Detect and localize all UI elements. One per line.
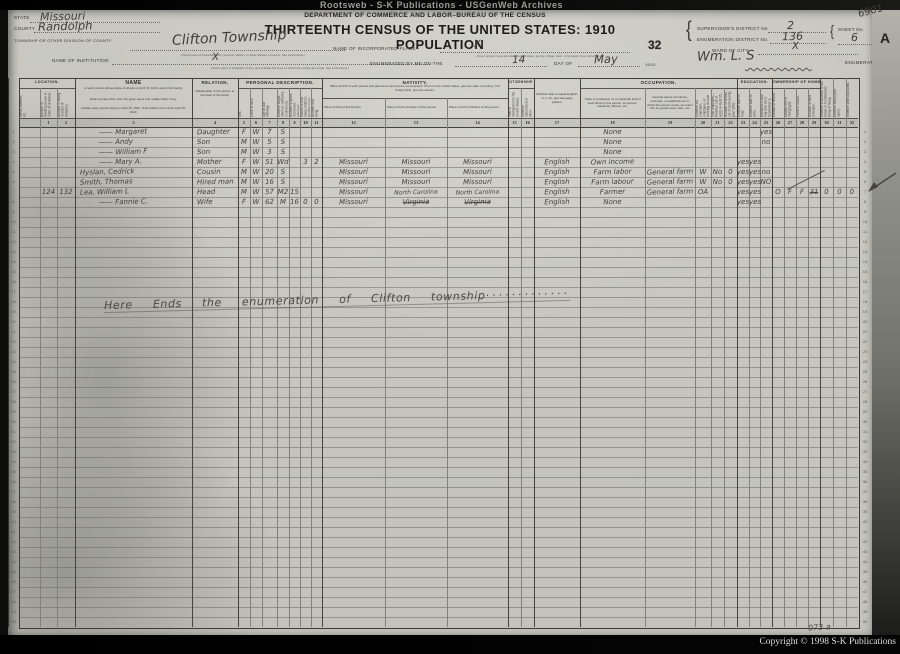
column-number-27: 27 <box>784 120 796 125</box>
row-number-right: 33 <box>858 449 872 454</box>
district-brace: { <box>686 17 692 43</box>
column-line <box>57 88 58 627</box>
cell-color-line8: W <box>250 197 262 206</box>
relation-column-title: RELATION. <box>192 80 238 85</box>
cell-dwelling-line7: 124 <box>40 187 57 196</box>
cell-home_owned-line7: O <box>772 187 784 196</box>
cell-pob-line6: Missouri <box>322 177 385 188</box>
row-number-right: 39 <box>858 509 872 514</box>
supervisor-district-label: SUPERVISOR'S DISTRICT No. <box>697 26 769 31</box>
row-number-left: 14 <box>8 259 19 264</box>
institution-note: (Insert name of institution, if any, and… <box>160 66 400 70</box>
column-number-15: 15 <box>508 120 521 125</box>
row-number-left: 33 <box>8 449 19 454</box>
row-number-left: 50 <box>8 619 19 624</box>
cell-father_pob-line8: Virginia <box>385 197 447 208</box>
cell-trade-line6: Farm labour <box>580 177 645 188</box>
row-number-left: 24 <box>8 359 19 364</box>
column-header-years_married: Number of years of present marriage. <box>290 90 299 117</box>
cell-marital-line4: Wd <box>277 157 289 166</box>
cell-father_pob-line6: Missouri <box>385 177 447 188</box>
township-label: TOWNSHIP OR OTHER DIVISION OF COUNTY <box>14 38 112 43</box>
row-number-right: 28 <box>858 399 872 404</box>
enumerated-day-line <box>455 58 547 67</box>
cell-write-line6: yes <box>749 177 760 186</box>
cell-school-line5: no <box>760 167 772 176</box>
row-number-right: 4 <box>858 159 872 164</box>
column-number-31: 31 <box>833 120 846 125</box>
row-number-left: 40 <box>8 519 19 524</box>
row-number-left: 18 <box>8 299 19 304</box>
column-line <box>40 88 41 627</box>
row-number-right: 37 <box>858 489 872 494</box>
row-number-left: 2 <box>8 139 19 144</box>
cell-employer-line7: OA <box>695 187 711 196</box>
name-column-sub1: of each person whose place of abode on A… <box>79 87 188 91</box>
column-number-28: 28 <box>796 120 808 125</box>
sheet-value: 6 <box>851 31 858 44</box>
column-number-7: 7 <box>262 120 277 125</box>
group-band-line <box>580 88 737 89</box>
cell-color-line2: W <box>250 137 262 146</box>
row-number-left: 17 <box>8 289 19 294</box>
column-header-age: Age at last birthday. <box>263 90 276 117</box>
column-header-sex: Sex. <box>239 90 249 117</box>
group-band-line <box>737 88 772 89</box>
column-header-children_living: Number now living. <box>312 90 321 117</box>
row-number-right: 11 <box>858 229 872 234</box>
row-number-left: 42 <box>8 539 19 544</box>
row-number-left: 26 <box>8 379 19 384</box>
row-number-right: 25 <box>858 369 872 374</box>
row-number-left: 46 <box>8 579 19 584</box>
row-number-left: 28 <box>8 399 19 404</box>
cell-sex-line1: F <box>238 127 250 136</box>
column-number-8: 8 <box>277 120 289 125</box>
row-number-right: 46 <box>858 579 872 584</box>
row-number-left: 7 <box>8 189 19 194</box>
cell-school-line1: yes <box>760 127 772 136</box>
column-header-family: Number of family in order of visitation. <box>58 90 74 117</box>
cell-english-line4: English <box>534 157 580 167</box>
row-number-left: 5 <box>8 169 19 174</box>
row-number-left: 35 <box>8 469 19 474</box>
cell-years_married-line8: 16 <box>289 197 300 206</box>
cell-children_born-line8: 0 <box>300 197 311 206</box>
cell-pob-line5: Missouri <box>322 167 385 178</box>
row-number-left: 48 <box>8 599 19 604</box>
nativity-instruction: Place of birth of each person and parent… <box>325 85 505 93</box>
row-number-left: 44 <box>8 559 19 564</box>
cell-name-line7: Lea, William L <box>80 187 129 197</box>
cell-color-line6: W <box>250 177 262 186</box>
cell-relation-line2: Son <box>197 137 210 146</box>
column-number-24: 24 <box>749 120 760 125</box>
column-header-color: Color or race. <box>251 90 261 117</box>
row-number-right: 17 <box>858 289 872 294</box>
column-group-label: NATIVITY. <box>322 80 508 85</box>
cell-write-line8: yes <box>749 197 760 206</box>
cell-mother_pob-line4: Missouri <box>447 157 508 168</box>
row-number-right: 14 <box>858 259 872 264</box>
column-number-26: 26 <box>772 120 784 125</box>
cell-marital-line1: S <box>277 127 289 136</box>
cell-english-line8: English <box>534 197 580 207</box>
state-label: STATE <box>14 15 30 20</box>
column-header-weeks: Number of weeks out of work during year … <box>725 90 736 117</box>
cell-name-line5: Hyslan, Cedrick <box>80 167 135 177</box>
column-header-english: Whether able to speak English; or, if no… <box>536 82 578 116</box>
column-header-write: Whether able to write. <box>750 90 759 117</box>
row-number-right: 2 <box>858 139 872 144</box>
column-header-immigration: Year of immigration to the United States… <box>509 90 520 117</box>
row-number-left: 47 <box>8 589 19 594</box>
column-line <box>289 88 290 627</box>
cell-relation-line3: Son <box>197 147 210 156</box>
cell-family-line7: 132 <box>57 187 75 196</box>
column-line <box>833 78 834 627</box>
cell-school-line6: NO <box>760 177 772 186</box>
row-number-right: 31 <box>858 429 872 434</box>
row-number-right: 22 <box>858 339 872 344</box>
row-number-left: 13 <box>8 249 19 254</box>
column-number-11: 11 <box>311 120 322 125</box>
row-number-left: 16 <box>8 279 19 284</box>
cell-home_free-line7: F <box>784 187 796 196</box>
row-number-right: 50 <box>858 619 872 624</box>
cell-children_living-line4: 2 <box>311 157 322 166</box>
row-number-left: 19 <box>8 309 19 314</box>
cell-color-line5: W <box>250 167 262 176</box>
cell-home_farm-line7: F <box>796 187 808 196</box>
cell-trade-line2: None <box>580 137 645 148</box>
column-number-9: 9 <box>289 120 300 125</box>
column-number-3: 3 <box>75 120 192 125</box>
column-header-industry: General nature of industry, business, or… <box>647 91 693 116</box>
row-number-left: 15 <box>8 269 19 274</box>
row-number-right: 49 <box>858 609 872 614</box>
cell-color-line7: W <box>250 187 262 196</box>
right-edge-band <box>872 0 900 654</box>
cell-mother_pob-line5: Missouri <box>447 167 508 178</box>
institution-x-mark: X <box>212 52 219 63</box>
cell-trade-line7: Farmer <box>580 187 645 198</box>
column-number-1: 1 <box>40 120 57 125</box>
cell-marital-line2: S <box>277 137 289 146</box>
column-group-label: PERSONAL DESCRIPTION. <box>238 80 322 85</box>
row-number-left: 31 <box>8 429 19 434</box>
row-number-right: 42 <box>858 539 872 544</box>
cell-read-line8: yes <box>737 197 749 206</box>
county-label: COUNTY <box>14 26 35 31</box>
row-number-left: 32 <box>8 439 19 444</box>
column-number-5: 5 <box>238 120 250 125</box>
column-line <box>192 78 193 627</box>
enumeration-end-trail: ············· <box>485 287 570 302</box>
grid-line <box>19 118 858 119</box>
cell-age-line8: 62 <box>262 197 277 206</box>
row-number-right: 43 <box>858 549 872 554</box>
row-number-right: 44 <box>858 559 872 564</box>
cell-mother_pob-line6: Missouri <box>447 177 508 188</box>
cell-sex-line7: M <box>238 187 250 196</box>
column-line <box>300 88 301 627</box>
cell-color-line4: W <box>250 157 262 166</box>
column-number-19: 19 <box>645 120 695 125</box>
row-number-right: 27 <box>858 389 872 394</box>
cell-relation-line8: Wife <box>197 197 213 206</box>
cell-father_pob-line4: Missouri <box>385 157 447 168</box>
row-number-right: 15 <box>858 269 872 274</box>
cell-name-line1: —— Margaret <box>99 127 147 137</box>
column-line <box>808 88 809 627</box>
department-line: DEPARTMENT OF COMMERCE AND LABOR–BUREAU … <box>255 12 595 19</box>
cell-weeks-line5: 0 <box>724 167 737 176</box>
row-number-left: 23 <box>8 349 19 354</box>
row-number-left: 38 <box>8 499 19 504</box>
cell-employer-line5: W <box>695 167 711 176</box>
column-group-label: EDUCATION. <box>737 80 772 84</box>
row-number-left: 30 <box>8 419 19 424</box>
group-band-line <box>322 98 508 99</box>
group-band-line <box>19 88 75 89</box>
cell-sex-line2: M <box>238 137 250 146</box>
column-number-6: 6 <box>250 120 262 125</box>
cell-vet-line7: 0 <box>820 187 833 196</box>
column-line <box>846 78 847 627</box>
cell-pob-line7: Missouri <box>322 187 385 198</box>
pencil-note-bottom-right: 073 a <box>808 622 831 633</box>
column-header-blind: Whether blind (both eyes). <box>834 80 845 117</box>
row-number-right: 40 <box>858 519 872 524</box>
cell-relation-line5: Cousin <box>197 167 221 177</box>
cell-relation-line4: Mother <box>197 157 222 167</box>
name-column-sub2: Enter surname first, then the given name… <box>79 98 188 102</box>
column-header-farm_schedule: Number of farm schedule. <box>809 90 819 117</box>
census-title: THIRTEENTH CENSUS OF THE UNITED STATES: … <box>230 22 650 52</box>
cell-read-line7: yes <box>737 187 749 196</box>
cell-sex-line8: F <box>238 197 250 206</box>
row-number-right: 48 <box>858 599 872 604</box>
row-number-left: 22 <box>8 339 19 344</box>
row-number-right: 9 <box>858 209 872 214</box>
column-header-mother_pob: Place of birth of Mother of this person. <box>449 100 506 116</box>
row-number-left: 1 <box>8 129 19 134</box>
column-number-20: 20 <box>695 120 711 125</box>
enumerated-day-value: 14 <box>512 54 526 66</box>
column-header-home_farm: Farm or house. <box>797 90 807 117</box>
row-number-left: 20 <box>8 319 19 324</box>
row-number-right: 16 <box>858 279 872 284</box>
column-line <box>772 78 773 627</box>
cell-age-line1: 7 <box>262 127 277 136</box>
column-number-32: 32 <box>846 120 858 125</box>
row-number-left: 21 <box>8 329 19 334</box>
column-header-read: Whether able to read. <box>738 90 748 117</box>
cell-trade-line5: Farm labor <box>580 167 645 178</box>
row-number-left: 34 <box>8 459 19 464</box>
cell-industry-line6: General farm <box>645 177 695 187</box>
row-number-right: 24 <box>858 359 872 364</box>
column-header-father_pob: Place of birth of Father of this person. <box>387 100 445 116</box>
column-header-children_born: Mother of how many children: Number born… <box>301 90 310 117</box>
cell-father_pob-line7: North Carolina <box>385 187 447 198</box>
cell-write-line4: yes <box>749 157 760 166</box>
row-number-left: 39 <box>8 509 19 514</box>
cell-trade-line4: Own income <box>580 157 645 168</box>
cell-relation-line7: Head <box>197 187 216 196</box>
cell-trade-line8: None <box>580 197 645 208</box>
column-line <box>75 78 76 627</box>
cell-read-line5: yes <box>737 167 749 176</box>
row-number-right: 3 <box>858 149 872 154</box>
row-number-left: 49 <box>8 609 19 614</box>
column-number-21: 21 <box>711 120 724 125</box>
cell-trade-line3: None <box>580 147 645 158</box>
row-number-right: 20 <box>858 319 872 324</box>
column-number-23: 23 <box>737 120 749 125</box>
cell-pob-line8: Missouri <box>322 197 385 208</box>
column-header-out_of_work: If an employee—Whether out of work on Ap… <box>712 90 723 117</box>
column-header-pob: Place of birth of this Person. <box>324 100 383 116</box>
row-number-right: 21 <box>858 329 872 334</box>
column-header-street: Street, avenue, etc. <box>20 90 39 117</box>
row-number-right: 32 <box>858 439 872 444</box>
cell-read-line4: yes <box>737 157 749 166</box>
cell-years_married-line7: 15 <box>289 187 300 196</box>
column-group-label: OWNERSHIP OF HOME. <box>772 80 820 84</box>
row-number-left: 36 <box>8 479 19 484</box>
pencil-arrow-icon <box>866 170 898 196</box>
column-header-home_free: Owned free or mortgaged. <box>785 90 795 117</box>
row-number-right: 41 <box>858 529 872 534</box>
relation-column-sub: Relationship of this person to the head … <box>195 90 235 98</box>
row-number-left: 11 <box>8 229 19 234</box>
column-line <box>521 88 522 627</box>
column-header-deaf: Whether deaf and dumb. <box>847 80 857 117</box>
cell-mother_pob-line8: Virginia <box>447 197 508 208</box>
incorporated-place-value: X <box>474 39 481 50</box>
row-number-left: 10 <box>8 219 19 224</box>
cell-relation-line6: Hired man <box>197 177 234 187</box>
enumeration-district-label: ENUMERATION DISTRICT No. <box>697 37 769 42</box>
row-number-right: 34 <box>858 459 872 464</box>
enumerated-label: ENUMERATED BY ME ON THE <box>370 61 443 66</box>
column-header-school: Attended school any time since September… <box>761 90 771 117</box>
signature-scribble <box>745 53 843 63</box>
cell-age-line7: 57 <box>262 187 277 196</box>
column-number-29: 29 <box>808 120 820 125</box>
incorporated-place-label: NAME OF INCORPORATED PLACE <box>333 46 416 51</box>
column-header-dwelling: Number of dwelling house in order of vis… <box>41 90 56 117</box>
row-number-right: 13 <box>858 249 872 254</box>
row-number-left: 41 <box>8 529 19 534</box>
row-number-right: 29 <box>858 409 872 414</box>
cell-employer-line6: W <box>695 177 711 186</box>
cell-school-line2: no <box>760 137 772 146</box>
cell-weeks-line6: 0 <box>724 177 737 186</box>
column-number-12: 12 <box>322 120 385 125</box>
cell-sex-line5: M <box>238 167 250 176</box>
row-number-left: 27 <box>8 389 19 394</box>
township-note: (Insert name of township, town, precinct… <box>138 53 348 57</box>
row-number-left: 4 <box>8 159 19 164</box>
name-column-sub3: Include every person living on April 15,… <box>79 107 188 115</box>
row-number-right: 18 <box>858 299 872 304</box>
row-number-left: 29 <box>8 409 19 414</box>
row-number-left: 37 <box>8 489 19 494</box>
row-number-right: 10 <box>858 219 872 224</box>
cell-marital-line6: S <box>277 177 289 186</box>
column-header-vet: Whether a survivor of the Union or Confe… <box>821 80 832 117</box>
cell-trade-line1: None <box>580 127 645 138</box>
row-number-right: 12 <box>858 239 872 244</box>
sheet-brace: { <box>830 23 834 40</box>
cell-age-line2: 5 <box>262 137 277 146</box>
institution-label: NAME OF INSTITUTION <box>52 58 109 63</box>
cell-name-line6: Smith, Thomas <box>80 177 133 187</box>
cell-out_of_work-line6: No <box>711 177 724 186</box>
cell-mother_pob-line7: North Carolina <box>447 187 508 198</box>
row-number-right: 30 <box>858 419 872 424</box>
row-number-right: 38 <box>858 499 872 504</box>
cell-write-line7: yes <box>749 187 760 196</box>
cell-english-line7: English <box>534 187 580 197</box>
column-number-16: 16 <box>521 120 534 125</box>
cell-english-line6: English <box>534 177 580 187</box>
column-header-naturalized: Whether naturalized or alien. <box>522 90 533 117</box>
column-group-label: CITIZENSHIP. <box>508 80 534 84</box>
row-number-right: 23 <box>858 349 872 354</box>
cell-children_born-line4: 3 <box>300 157 311 166</box>
sheet-letter: A <box>880 30 890 46</box>
cell-relation-line1: Daughter <box>197 127 230 137</box>
name-column-title: NAME <box>75 80 192 86</box>
row-number-right: 45 <box>858 569 872 574</box>
row-number-left: 25 <box>8 369 19 374</box>
cell-age-line3: 3 <box>262 147 277 156</box>
cell-write-line5: yes <box>749 167 760 176</box>
column-line <box>784 88 785 627</box>
column-header-home_owned: Owned or rented. <box>773 90 783 117</box>
top-banner-text: Rootsweb - S-K Publications - USGenWeb A… <box>320 0 563 10</box>
enumerated-year: 1910. <box>645 62 657 67</box>
column-line <box>508 78 509 627</box>
row-number-left: 9 <box>8 209 19 214</box>
column-line <box>820 78 821 627</box>
column-number-17: 17 <box>534 120 580 125</box>
cell-marital-line3: S <box>277 147 289 156</box>
column-number-25: 25 <box>760 120 772 125</box>
cell-industry-line7: General farm <box>645 187 695 197</box>
county-value: Randolph <box>38 18 93 33</box>
column-number-30: 30 <box>820 120 833 125</box>
cell-name-line3: —— William F <box>99 147 148 157</box>
column-number-4: 4 <box>192 120 238 125</box>
cell-sex-line4: F <box>238 157 250 166</box>
cell-read-line6: yes <box>737 177 749 186</box>
column-number-14: 14 <box>447 120 508 125</box>
cell-color-line1: W <box>250 127 262 136</box>
row-number-right: 36 <box>858 479 872 484</box>
day-of-label: DAY OF <box>554 61 572 66</box>
column-line <box>796 88 797 627</box>
cell-farm_schedule-line7: 31 <box>808 187 820 196</box>
cell-children_living-line8: 0 <box>311 197 322 206</box>
cell-blind-line7: 0 <box>833 187 846 196</box>
cell-marital-line5: S <box>277 167 289 176</box>
page-stamp: 32 <box>648 38 661 52</box>
